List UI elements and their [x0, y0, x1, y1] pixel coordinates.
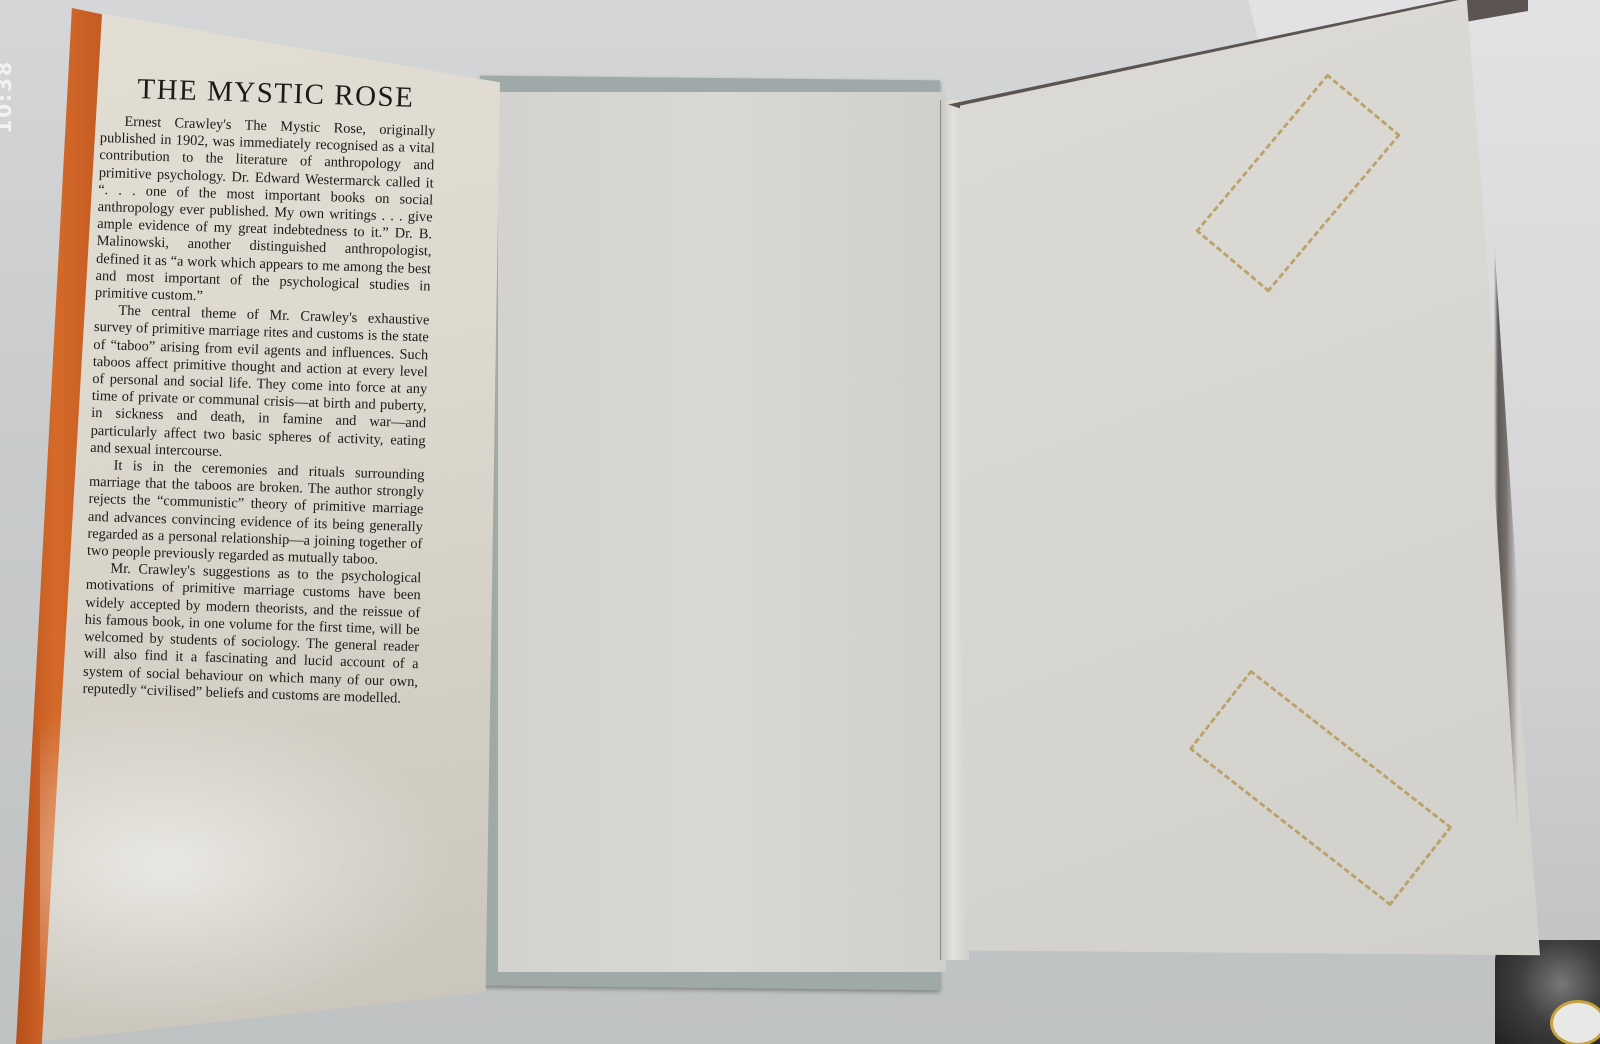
blurb-paragraph: Mr. Crawley's suggestions as to the psyc… [82, 560, 421, 708]
corner-overlay-text: 10:38 [0, 60, 16, 134]
background-object [1495, 940, 1600, 1044]
endpaper-right [960, 0, 1540, 960]
blurb-paragraph: Ernest Crawley's The Mystic Rose, origin… [95, 113, 436, 313]
photo-scene: 10:38 THE MYSTIC ROSE Ernest Crawley's T… [0, 0, 1600, 1044]
blurb-paragraph: The central theme of Mr. Crawley's exhau… [90, 302, 430, 467]
flap-blurb: THE MYSTIC ROSE Ernest Crawley's The Mys… [82, 72, 436, 708]
endpaper-left [498, 92, 946, 972]
blurb-paragraph: It is in the ceremonies and rituals surr… [87, 457, 425, 571]
